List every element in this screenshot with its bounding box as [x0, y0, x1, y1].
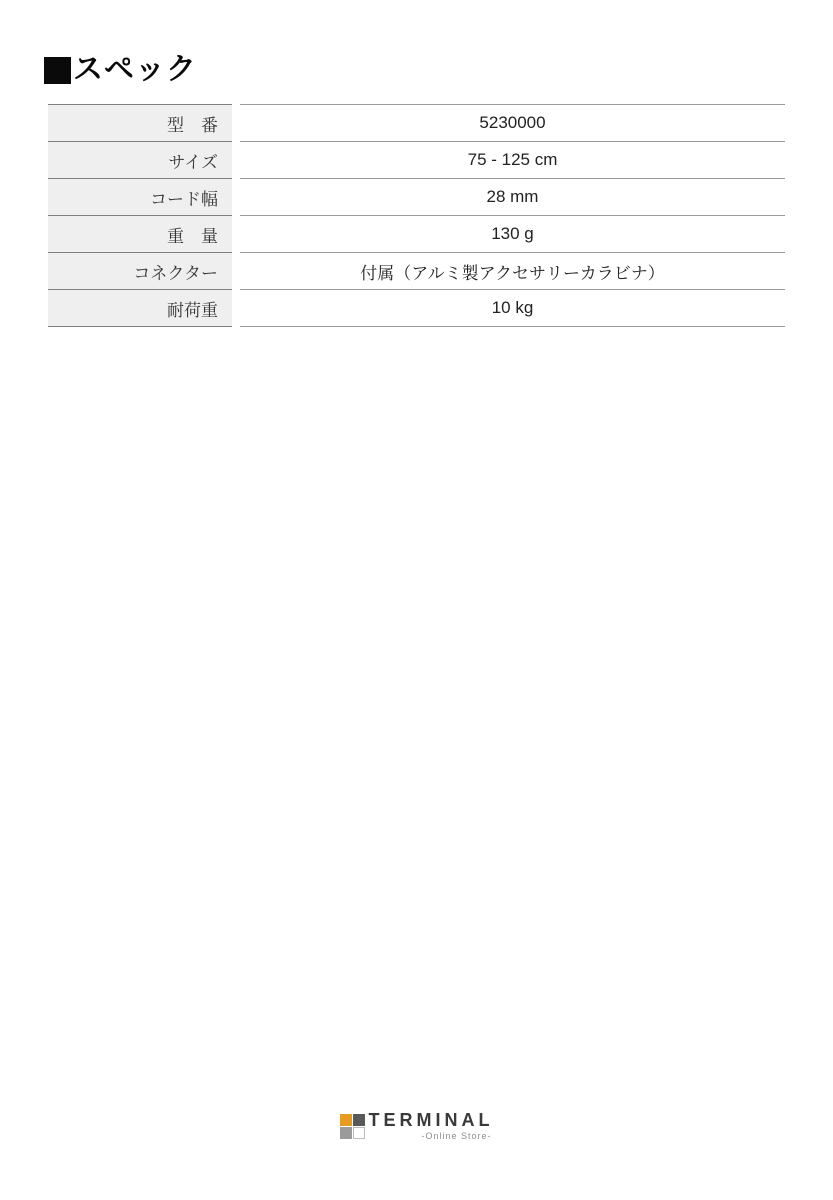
terminal-logo-icon	[340, 1114, 365, 1139]
spec-value: 130 g	[240, 215, 785, 252]
spec-label: 耐荷重	[48, 289, 232, 327]
table-row: 耐荷重 10 kg	[48, 289, 785, 327]
spec-label: 型 番	[48, 104, 232, 141]
spec-value: 5230000	[240, 104, 785, 141]
logo-square-bottom-left	[340, 1127, 352, 1139]
table-row: コード幅 28 mm	[48, 178, 785, 215]
brand-name: TERMINAL	[369, 1111, 494, 1131]
brand-tagline: -Online Store-	[421, 1131, 491, 1142]
heading-square-icon	[44, 57, 71, 84]
column-gap	[232, 289, 240, 327]
spec-table: 型 番 5230000 サイズ 75 - 125 cm コード幅 28 mm 重…	[48, 104, 785, 327]
column-gap	[232, 215, 240, 252]
spec-value: 28 mm	[240, 178, 785, 215]
spec-label: 重 量	[48, 215, 232, 252]
column-gap	[232, 178, 240, 215]
table-row: コネクター 付属（アルミ製アクセサリーカラビナ）	[48, 252, 785, 289]
table-row: 重 量 130 g	[48, 215, 785, 252]
spec-value: 10 kg	[240, 289, 785, 327]
column-gap	[232, 104, 240, 141]
spec-label: コード幅	[48, 178, 232, 215]
logo-square-bottom-right	[353, 1127, 365, 1139]
spec-label: コネクター	[48, 252, 232, 289]
spec-value: 付属（アルミ製アクセサリーカラビナ）	[240, 252, 785, 289]
logo-square-top-right	[353, 1114, 365, 1126]
footer-logo: TERMINAL -Online Store-	[0, 1111, 833, 1142]
logo-wordmark: TERMINAL -Online Store-	[369, 1111, 494, 1142]
spec-label: サイズ	[48, 141, 232, 178]
column-gap	[232, 141, 240, 178]
logo-square-top-left	[340, 1114, 352, 1126]
table-row: 型 番 5230000	[48, 104, 785, 141]
spec-value: 75 - 125 cm	[240, 141, 785, 178]
column-gap	[232, 252, 240, 289]
table-row: サイズ 75 - 125 cm	[48, 141, 785, 178]
section-heading: スペック	[44, 55, 197, 85]
section-title: スペック	[73, 55, 197, 85]
